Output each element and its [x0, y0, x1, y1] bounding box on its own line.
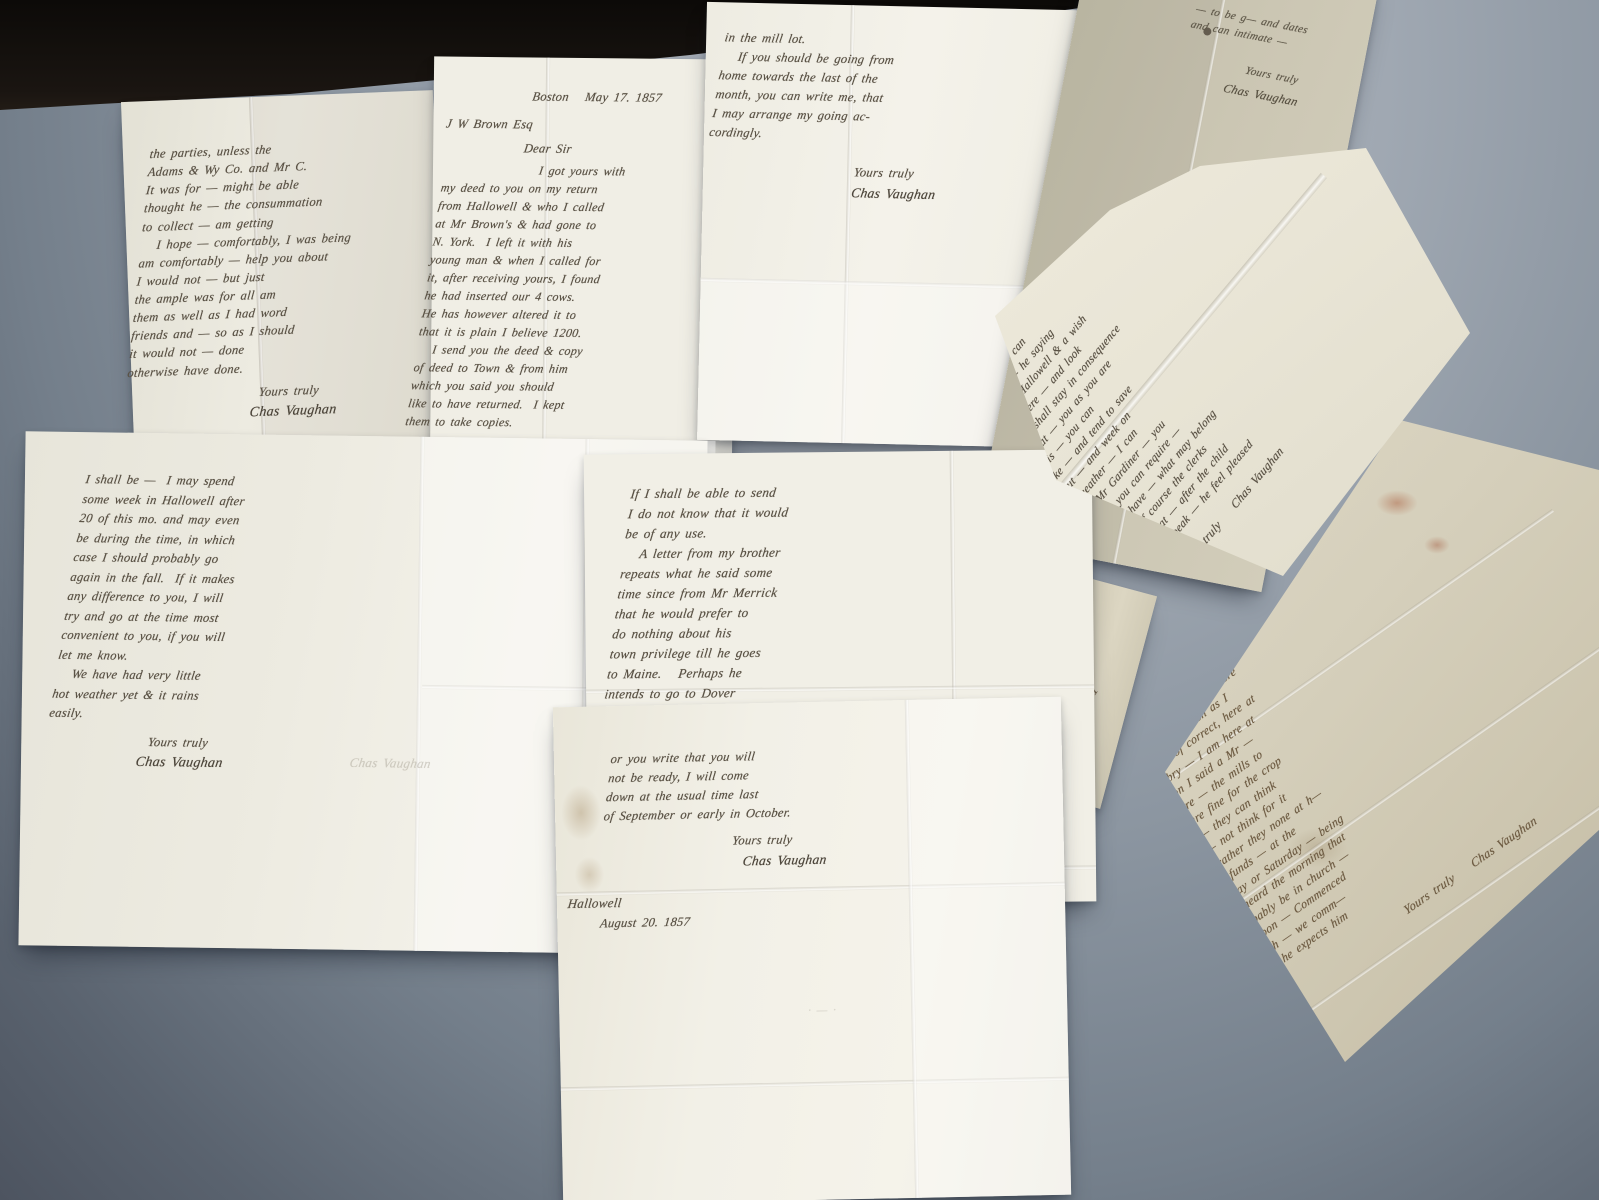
fold-crease: [561, 1077, 1069, 1092]
letter-body: I shall be — I may spend some week in Ha…: [48, 470, 397, 727]
letter-closing: Yours truly: [731, 830, 793, 849]
letter-closing: Yours truly: [852, 163, 915, 182]
letter-body: the parties, unless the Adams & Wy Co. a…: [127, 135, 419, 382]
ghost-marks: · — ·: [807, 1001, 837, 1019]
letter-date: August 20. 1857: [599, 913, 691, 933]
letter-body: I got yours with my deed to you on my re…: [404, 161, 727, 434]
fold-crease: [413, 437, 424, 951]
letter-signature: Chas Vaughan: [134, 753, 224, 774]
letter-closing: Yours truly: [147, 733, 210, 752]
letter-heading: Boston May 17. 1857: [531, 87, 729, 107]
letter-signature: Chas Vaughan: [850, 183, 937, 204]
letter-signature: Chas Vaughan: [249, 400, 338, 424]
fold-crease: [557, 882, 1065, 897]
letter-closing: Yours truly: [258, 381, 320, 402]
fold-crease: [701, 278, 1071, 290]
photo-of-handwritten-letters: the parties, unless the Adams & Wy Co. a…: [0, 0, 1599, 1200]
letter-addressee: J W Brown Esq: [445, 115, 535, 134]
letter-hallowell-aug-1857: or you write that you will not be ready,…: [553, 697, 1071, 1200]
letter-boston-may-1857: Boston May 17. 1857 J W Brown Esq Dear S…: [430, 56, 736, 471]
letter-boston-jan-1857: the parties, unless the Adams & Wy Co. a…: [121, 90, 447, 474]
letter-salutation: Dear Sir: [523, 139, 574, 158]
letter-signature: Chas Vaughan: [742, 850, 828, 871]
ghost-signature: Chas Vaughan: [348, 754, 432, 774]
foxing-spot: [574, 856, 605, 893]
letter-place: Hallowell: [567, 894, 623, 914]
letter-body: or you write that you will not be ready,…: [603, 743, 952, 826]
letter-body: in the mill lot. If you should be going …: [708, 28, 977, 147]
foxing-spot: [560, 784, 601, 841]
